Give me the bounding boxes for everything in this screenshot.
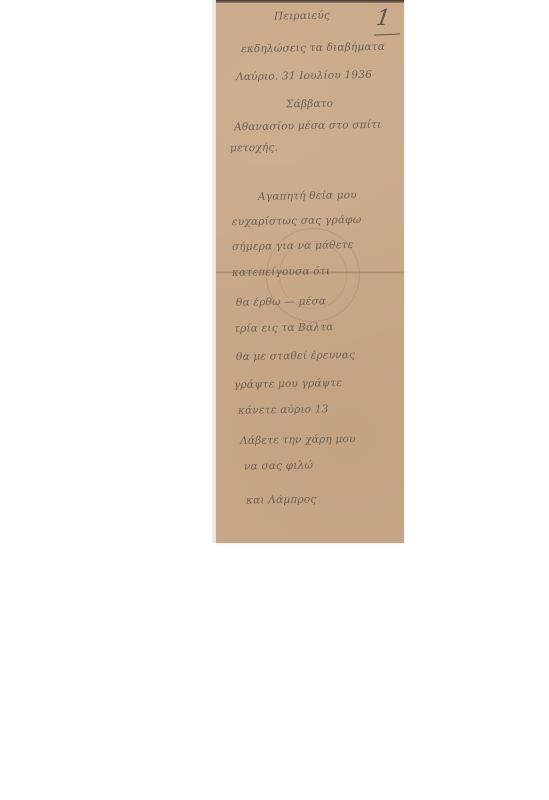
- handwritten-line: σήμερα για να μάθετε: [232, 239, 354, 253]
- scanned-letter-page: 1 Πειραιεύςεκδηλώσεις τα διαβήματαΛαύριο…: [216, 0, 404, 543]
- handwritten-line: κατεπείγουσα ότι: [232, 265, 330, 279]
- page-number: 1: [374, 6, 392, 31]
- handwritten-line: Αγαπητή θεία μου: [258, 189, 357, 203]
- handwritten-line: τρία εις τα Βάλτα: [234, 321, 334, 335]
- handwritten-line: εκδηλώσεις τα διαβήματα: [241, 41, 385, 56]
- handwritten-line: θα έρθω — μέσα: [236, 295, 326, 309]
- handwritten-line: Σάββατο: [286, 98, 333, 111]
- handwritten-line: γράψτε μου γράψτε: [234, 377, 342, 391]
- handwritten-line: και Λάμπρος: [246, 493, 317, 506]
- handwritten-line: Λάβετε την χάρη μου: [240, 433, 356, 447]
- handwritten-line: κάνετε αύριο 13: [238, 403, 329, 417]
- handwritten-line: θα με σταθεί έρευνας: [236, 349, 355, 363]
- handwritten-line: Αθανασίου μέσα στο σπίτι: [234, 119, 382, 134]
- handwritten-line: να σας φιλώ: [244, 459, 313, 472]
- handwritten-line: Λαύριο. 31 Ιουλίου 1936: [236, 69, 372, 83]
- page-number-underline: [374, 33, 400, 35]
- handwritten-line: Πειραιεύς: [274, 10, 330, 23]
- handwritten-line: μετοχής.: [230, 142, 278, 155]
- handwritten-line: ευχαρίστως σας γράφω: [232, 214, 362, 228]
